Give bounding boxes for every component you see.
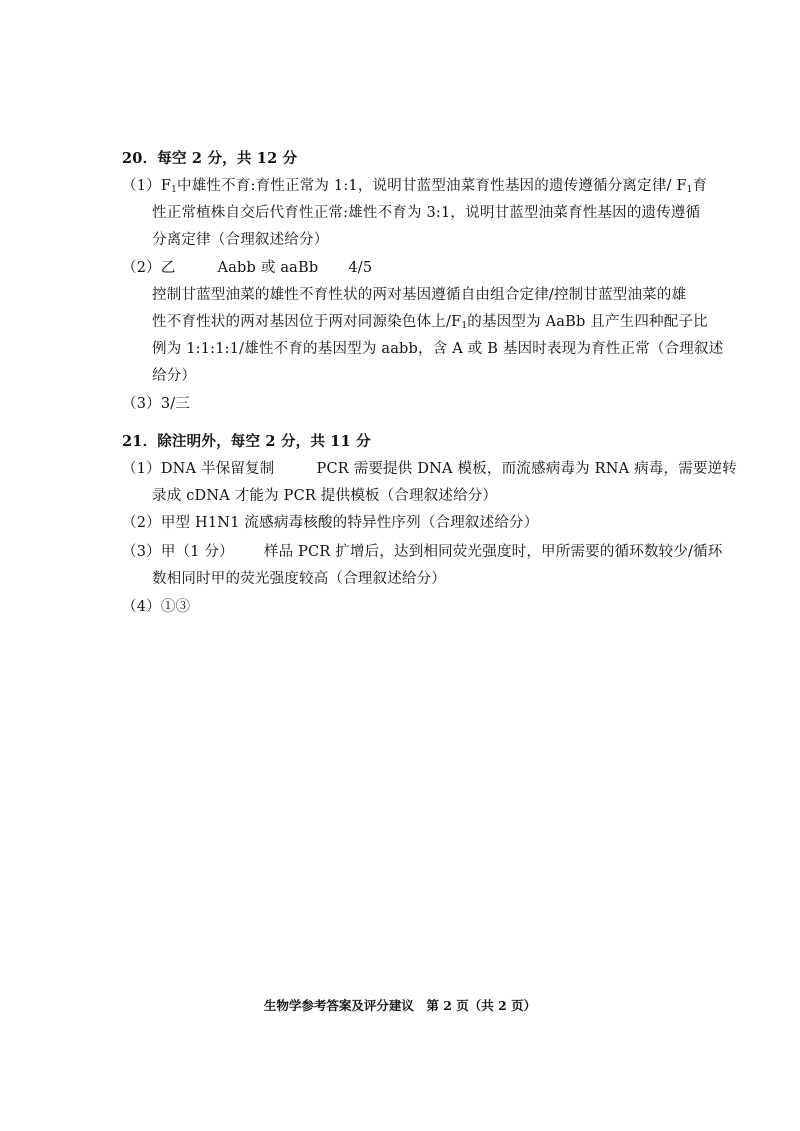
q21-p3-line2: 数相同时甲的荧光强度较高（合理叙述给分）: [152, 570, 446, 588]
q20-p2-line1: （2）乙Aabb 或 aaBb4/5: [122, 259, 372, 277]
q21-p3-line1: （3）甲（1 分）样品 PCR 扩增后，达到相同荧光强度时，甲所需要的循环数较少…: [122, 543, 723, 561]
q21-p1-line2: 录成 cDNA 才能为 PCR 提供模板（合理叙述给分）: [152, 487, 497, 505]
q20-p2-line2: 控制甘蓝型油菜的雄性不育性状的两对基因遵循自由组合定律/控制甘蓝型油菜的雄: [152, 286, 686, 304]
q20-p1-line2: 性正常植株自交后代育性正常:雄性不育为 3:1，说明甘蓝型油菜育性基因的遗传遵循: [152, 204, 700, 222]
q20-p1-line1: （1）F1中雄性不育:育性正常为 1:1，说明甘蓝型油菜育性基因的遗传遵循分离定…: [122, 177, 707, 195]
page-footer: 生物学参考答案及评分建议 第 2 页（共 2 页）: [0, 996, 800, 1014]
answer-page: 20．每空 2 分，共 12 分 （1）F1中雄性不育:育性正常为 1:1，说明…: [0, 0, 800, 1131]
q20-p3: （3）3/三: [122, 395, 190, 413]
q20-p2-line4: 例为 1:1:1:1/雄性不育的基因型为 aabb，含 A 或 B 基因时表现为…: [152, 340, 723, 358]
q20-p2-line5: 给分）: [152, 367, 196, 385]
q21-p4: （4）①③: [122, 598, 190, 616]
q21-heading: 21．除注明外，每空 2 分，共 11 分: [122, 433, 371, 451]
q20-p1-line3: 分离定律（合理叙述给分）: [152, 231, 328, 249]
q20-heading: 20．每空 2 分，共 12 分: [122, 150, 297, 168]
q21-p2: （2）甲型 H1N1 流感病毒核酸的特异性序列（合理叙述给分）: [122, 514, 538, 532]
q21-p1-line1: （1）DNA 半保留复制PCR 需要提供 DNA 模板，而流感病毒为 RNA 病…: [122, 460, 737, 478]
q20-p2-line3: 性不育性状的两对基因位于两对同源染色体上/F1的基因型为 AaBb 且产生四种配…: [152, 313, 708, 331]
